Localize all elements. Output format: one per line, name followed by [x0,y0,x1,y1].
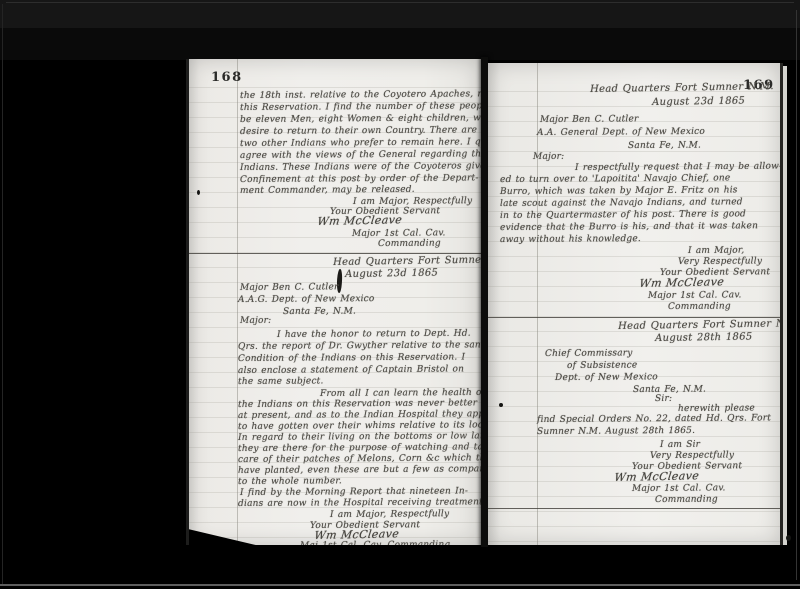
handwriting-line: A.A. General Dept. of New Mexico [537,127,705,138]
handwriting-line: Santa Fe, N.M. [283,306,356,317]
page-number: 168 [211,70,243,85]
handwriting-line: Chief Commissary [545,348,633,359]
right-page-edge-sliver [783,66,787,545]
right-page: 169 Head Quarters Fort Sumner N.M.August… [488,63,780,545]
handwriting-line: ment Commander, may be released. [240,185,415,196]
handwriting-line: the same subject. [238,376,324,387]
scan-top-band [0,0,800,28]
handwriting-line: Major: [533,152,564,162]
handwriting-line: Sumner N.M. August 28th 1865. [537,426,695,437]
handwriting-line: In regard to their living on the bottoms… [238,431,481,443]
handwriting-line: Major: [240,316,271,326]
handwriting-line: Major 1st Cal. Cav. [632,483,726,494]
handwriting-line: herewith please [678,403,755,414]
ink-speck [786,535,791,541]
handwriting-line: Commanding [655,495,718,505]
handwriting-line: ed to turn over to 'Lapoitita' Navajo Ch… [500,173,730,185]
handwriting-line: dians are now in the Hospital receiving … [238,497,481,509]
scan-frame-line-left [2,4,3,584]
handwriting-line: From all I can learn the health of [320,388,481,399]
scan-frame-line-right [796,10,797,580]
handwriting-line: Major 1st Cal. Cav. [352,228,446,239]
handwriting-line: August 23d 1865 [345,269,438,280]
handwriting-line: two other Indians who prefer to remain h… [240,137,481,149]
handwriting-line: late scout against the Navajo Indians, a… [500,197,743,209]
handwriting-line: desire to return to their own Country. T… [240,125,481,137]
handwriting-line: have planted, even these are but a few a… [238,464,481,476]
binding-gutter [481,57,488,547]
handwriting-line: the 18th inst. relative to the Coyotero … [240,89,481,101]
handwriting-line: Indians. These Indians were of the Coyot… [240,161,481,173]
scan-frame-line-top [6,2,794,3]
handwriting-line: also enclose a statement of Captain Bris… [238,364,464,376]
handwriting-line: Burro, which was taken by Major E. Fritz… [500,185,738,197]
handwriting-line: Condition of the Indians on this Reserva… [238,352,465,364]
handwriting-line: care of their patches of Melons, Corn &c… [238,453,481,465]
handwriting-line: evidence that the Burro is his, and that… [500,221,758,233]
handwriting-line: be eleven Men, eight Women & eight child… [240,113,481,125]
handwriting-line: to the whole number. [238,476,342,487]
handwriting-line: Maj 1st Cal. Cav. Commanding [300,540,450,545]
signature-line: Wm McCleave [639,277,725,289]
handwriting-line: Major 1st Cal. Cav. [648,290,742,301]
handwriting-line: Major Ben C. Cutler [240,282,339,293]
signature-line: Wm McCleave [317,215,403,227]
handwriting-line: the Indians on this Reservation was neve… [238,398,481,410]
handwriting-line: at present, and as to the Indian Hospita… [238,409,481,421]
handwriting-line: Commanding [378,239,441,249]
scan-frame-line-bottom [0,584,800,586]
handwriting-line: A.A.G. Dept. of New Mexico [238,294,375,305]
letter-separator-line [488,317,780,318]
ink-speck [499,403,503,407]
handwriting-line: they are there for the purpose of watchi… [238,442,481,454]
handwriting-line: I am Major, Respectfully [330,509,449,520]
handwriting-line: August 23d 1865 [652,97,745,108]
handwriting-line: of Subsistence [567,361,637,371]
handwriting-line: I am Major, [688,246,744,256]
handwriting-line: Confinement at this post by order of the… [240,173,479,185]
scan-upper-band [0,28,800,60]
signature-line: Wm McCleave [314,529,400,541]
handwriting-line: Dept. of New Mexico [555,372,658,383]
handwriting-line: in to the Quartermaster of his post. The… [500,209,746,221]
ink-speck [197,190,200,195]
handwriting-line: I am Major, Respectfully [353,196,472,207]
handwriting-line: Santa Fe, N.M. [628,140,701,151]
handwriting-line: August 28th 1865 [655,332,753,344]
letter-separator-line [488,508,780,509]
handwriting-line: to have gotten over their whims relative… [238,420,481,432]
handwriting-line: I am Sir [660,440,700,450]
signature-line: Wm McCleave [614,471,700,483]
handwriting-line: Very Respectfully [650,450,734,461]
handwriting-line: away without his knowledge. [500,234,641,245]
handwriting-line: find Special Orders No. 22, dated Hd. Qr… [537,413,771,425]
handwriting-line: this Reservation. I find the number of t… [240,101,481,113]
handwriting-line: Sir: [655,394,672,404]
handwriting-line: Commanding [668,302,731,312]
left-page: 168 the 18th inst. relative to the Coyot… [189,59,481,545]
handwriting-line: I respectfully request that I may be all… [575,162,780,173]
scanned-document-frame: 168 the 18th inst. relative to the Coyot… [0,0,800,589]
handwriting-line: Very Respectfully [678,256,762,267]
handwriting-line: I have the honor to return to Dept. Hd. [277,329,471,340]
handwriting-line: agree with the views of the General rega… [240,149,481,161]
handwriting-line: I find by the Morning Report that ninete… [240,486,468,498]
letter-separator-line [189,253,481,254]
handwriting-line: Qrs. the report of Dr. Gwyther relative … [238,340,481,352]
handwriting-line: Major Ben C. Cutler [540,114,639,125]
